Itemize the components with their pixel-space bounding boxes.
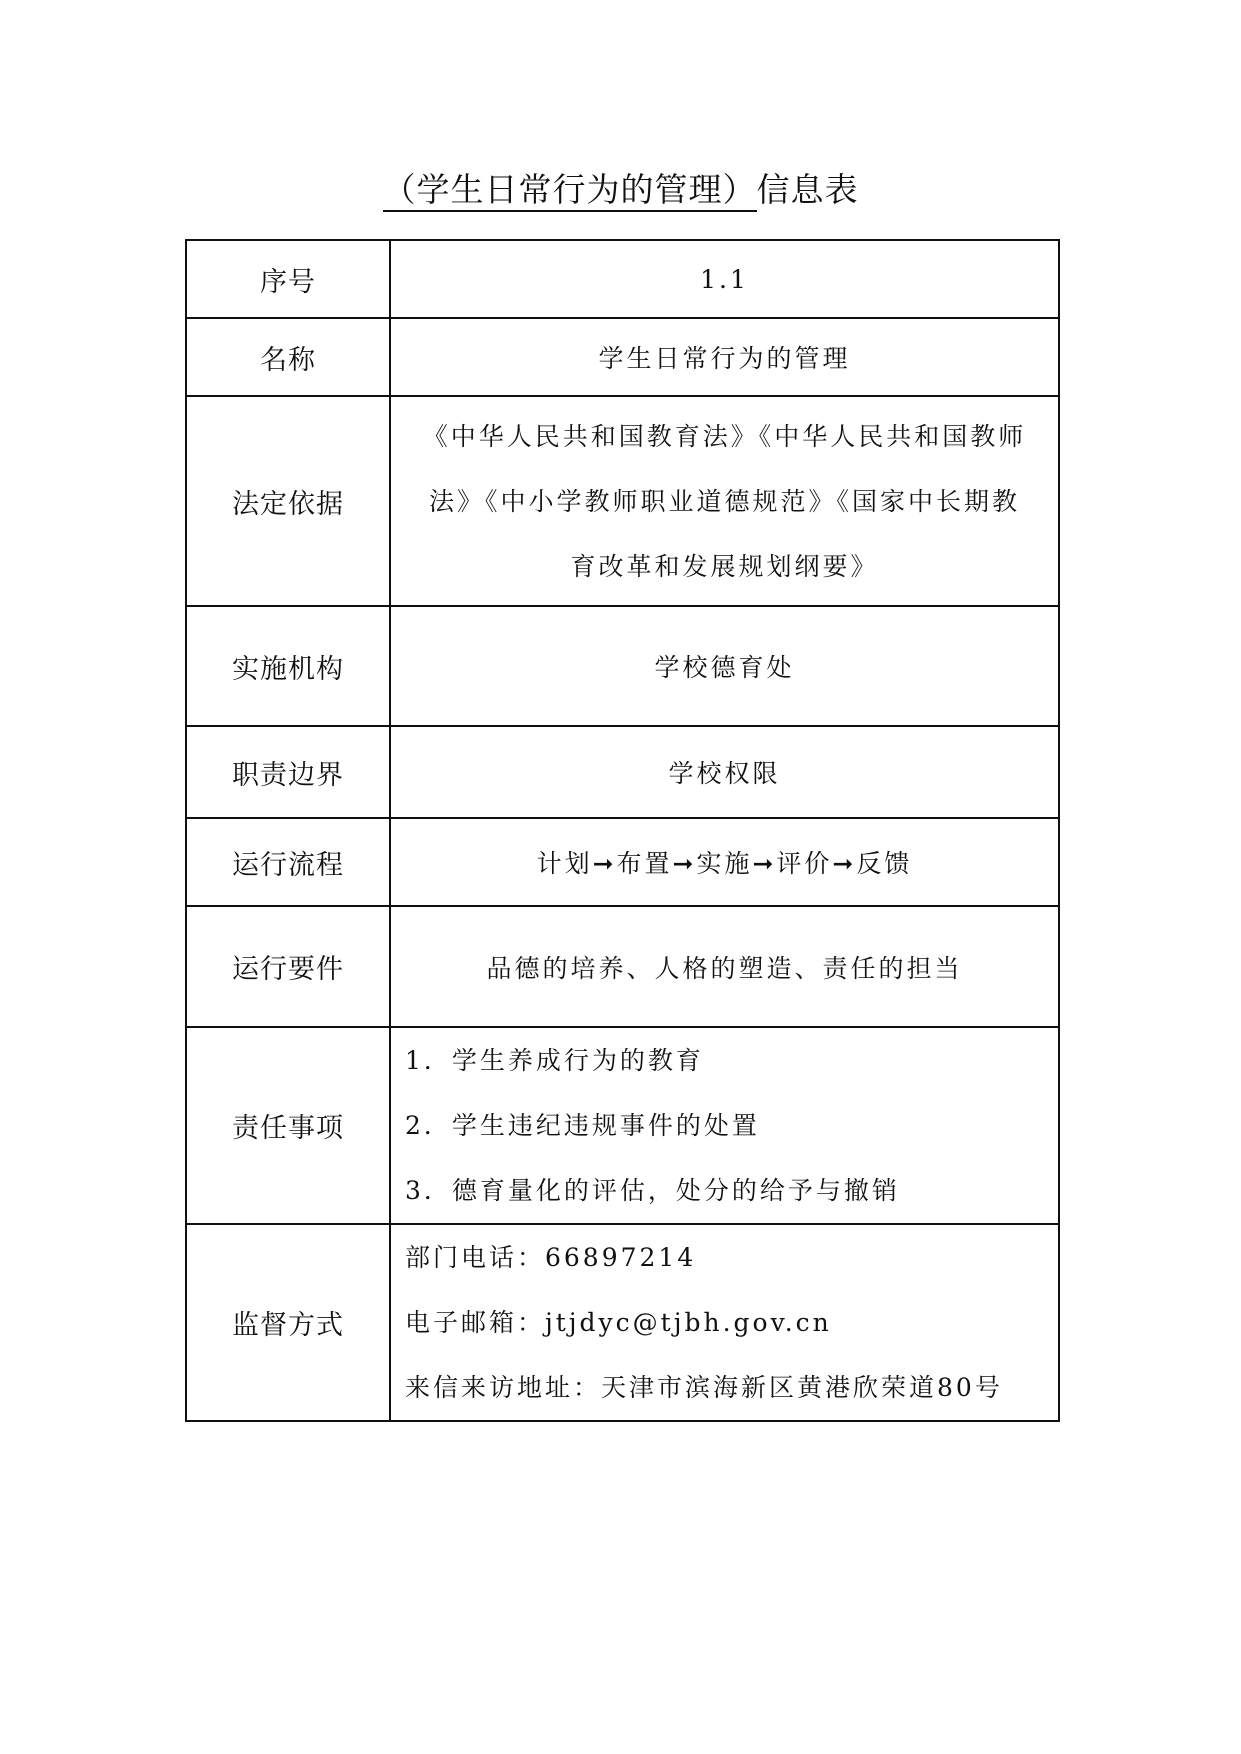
responsibility-item: 3．德育量化的评估，处分的给予与撤销 xyxy=(405,1158,1058,1223)
row-label-serial: 序号 xyxy=(186,240,390,318)
table-row: 运行流程 计划➞布置➞实施➞评价➞反馈 xyxy=(186,818,1059,906)
responsibility-item: 1．学生养成行为的教育 xyxy=(405,1028,1058,1093)
legal-basis-line: 《中华人民共和国教育法》《中华人民共和国教师 xyxy=(391,404,1058,469)
legal-basis-line: 育改革和发展规划纲要》 xyxy=(391,534,1058,599)
table-row: 法定依据 《中华人民共和国教育法》《中华人民共和国教师 法》《中小学教师职业道德… xyxy=(186,396,1059,606)
table-row: 实施机构 学校德育处 xyxy=(186,606,1059,726)
title-suffix: 信息表 xyxy=(757,170,859,209)
row-value-serial: 1.1 xyxy=(390,240,1059,318)
row-label-requirements: 运行要件 xyxy=(186,906,390,1027)
table-row: 序号 1.1 xyxy=(186,240,1059,318)
responsibility-item: 2．学生违纪违规事件的处置 xyxy=(405,1093,1058,1158)
row-value-legal-basis: 《中华人民共和国教育法》《中华人民共和国教师 法》《中小学教师职业道德规范》《国… xyxy=(390,396,1059,606)
row-value-boundary: 学校权限 xyxy=(390,726,1059,818)
supervision-phone: 部门电话：66897214 xyxy=(405,1225,1058,1290)
supervision-address: 来信来访地址：天津市滨海新区黄港欣荣道80号 xyxy=(405,1355,1058,1420)
info-table: 序号 1.1 名称 学生日常行为的管理 法定依据 《中华人民共和国教育法》《中华… xyxy=(185,239,1060,1422)
table-row: 监督方式 部门电话：66897214 电子邮箱：jtjdyc@tjbh.gov.… xyxy=(186,1224,1059,1421)
legal-basis-line: 法》《中小学教师职业道德规范》《国家中长期教 xyxy=(391,469,1058,534)
supervision-email: 电子邮箱：jtjdyc@tjbh.gov.cn xyxy=(405,1290,1058,1355)
title-subject: （学生日常行为的管理） xyxy=(383,170,757,212)
row-value-responsibilities: 1．学生养成行为的教育 2．学生违纪违规事件的处置 3．德育量化的评估，处分的给… xyxy=(390,1027,1059,1224)
row-label-process: 运行流程 xyxy=(186,818,390,906)
row-value-name: 学生日常行为的管理 xyxy=(390,318,1059,396)
document-title: （学生日常行为的管理）信息表 xyxy=(0,168,1241,212)
table-row: 责任事项 1．学生养成行为的教育 2．学生违纪违规事件的处置 3．德育量化的评估… xyxy=(186,1027,1059,1224)
row-label-name: 名称 xyxy=(186,318,390,396)
row-label-responsibilities: 责任事项 xyxy=(186,1027,390,1224)
table-row: 名称 学生日常行为的管理 xyxy=(186,318,1059,396)
row-value-agency: 学校德育处 xyxy=(390,606,1059,726)
table-row: 职责边界 学校权限 xyxy=(186,726,1059,818)
row-value-process: 计划➞布置➞实施➞评价➞反馈 xyxy=(390,818,1059,906)
table-row: 运行要件 品德的培养、人格的塑造、责任的担当 xyxy=(186,906,1059,1027)
row-label-legal-basis: 法定依据 xyxy=(186,396,390,606)
row-value-supervision: 部门电话：66897214 电子邮箱：jtjdyc@tjbh.gov.cn 来信… xyxy=(390,1224,1059,1421)
row-label-boundary: 职责边界 xyxy=(186,726,390,818)
row-label-agency: 实施机构 xyxy=(186,606,390,726)
row-value-requirements: 品德的培养、人格的塑造、责任的担当 xyxy=(390,906,1059,1027)
row-label-supervision: 监督方式 xyxy=(186,1224,390,1421)
